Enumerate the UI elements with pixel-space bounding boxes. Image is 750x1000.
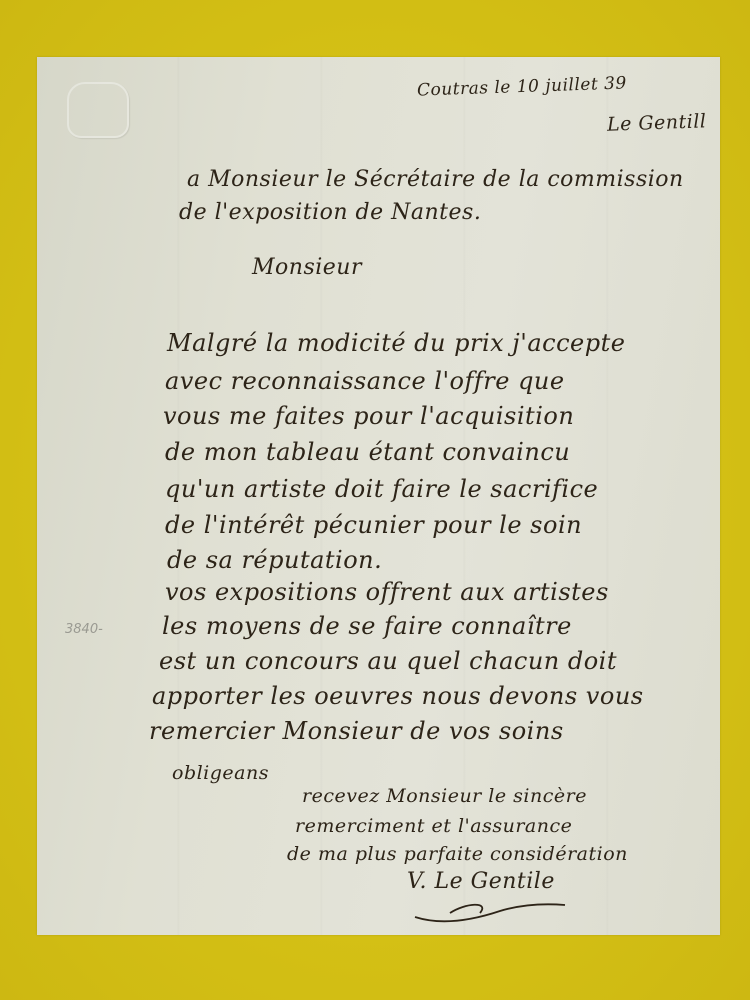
body-line-9: les moyens de se faire connaître (162, 612, 572, 640)
body-line-2: avec reconnaissance l'offre que (165, 367, 565, 395)
body-line-4: de mon tableau étant convaincu (165, 438, 570, 466)
body-line-13: obligeans (172, 762, 269, 784)
body-line-8: vos expositions offrent aux artistes (165, 578, 609, 606)
letter-paper: Coutras le 10 juillet 39 Le Gentill a Mo… (37, 57, 720, 935)
salutation: Monsieur (252, 255, 362, 280)
body-line-11: apporter les oeuvres nous devons vous (152, 682, 644, 710)
body-line-3: vous me faites pour l'acquisition (163, 402, 574, 430)
margin-pencil-note: 3840- (65, 622, 103, 637)
body-line-5: qu'un artiste doit faire le sacrifice (165, 475, 598, 503)
sender-name-header: Le Gentill (607, 110, 707, 135)
closing-line-3: de ma plus parfaite considération (287, 843, 628, 865)
place-date: Coutras le 10 juillet 39 (417, 73, 627, 100)
body-line-7: de sa réputation. (167, 546, 382, 574)
body-line-12: remercier Monsieur de vos soins (149, 717, 564, 745)
body-line-10: est un concours au quel chacun doit (159, 647, 617, 675)
signature: V. Le Gentile (407, 869, 555, 894)
body-line-1: Malgré la modicité du prix j'accepte (167, 329, 625, 357)
addressee-line-1: a Monsieur le Sécrétaire de la commissio… (187, 167, 684, 192)
closing-line-1: recevez Monsieur le sincère (302, 785, 587, 807)
closing-line-2: remerciment et l'assurance (295, 815, 572, 837)
addressee-line-2: de l'exposition de Nantes. (179, 200, 481, 225)
embossed-stamp (67, 82, 129, 138)
signature-flourish (410, 895, 570, 925)
body-line-6: de l'intérêt pécunier pour le soin (165, 511, 582, 539)
